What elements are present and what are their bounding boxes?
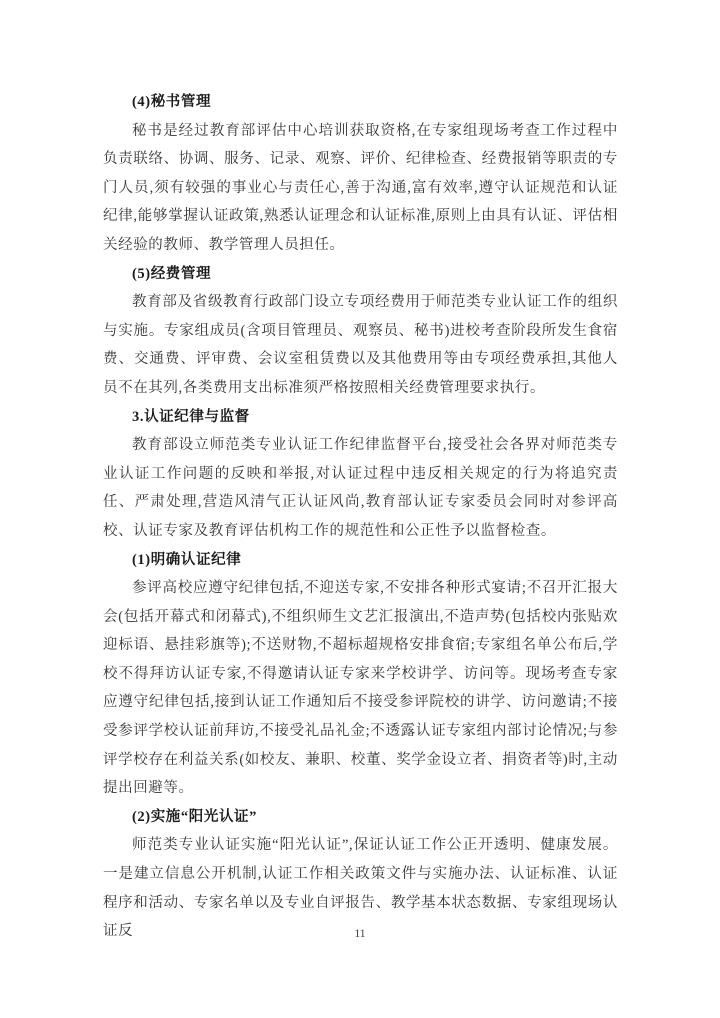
body-paragraph: 教育部设立师范类专业认证工作纪律监督平台,接受社会各界对师范类专业认证工作问题的… bbox=[103, 431, 618, 545]
section-heading: (1)明确认证纪律 bbox=[103, 546, 618, 575]
page-number: 11 bbox=[0, 928, 720, 940]
body-paragraph: 秘书是经过教育部评估中心培训获取资格,在专家组现场考查工作过程中负责联络、协调、… bbox=[103, 117, 618, 260]
section-heading: (2)实施“阳光认证” bbox=[103, 803, 618, 832]
body-paragraph: 参评高校应遵守纪律包括,不迎送专家,不安排各种形式宴请;不召开汇报大会(包括开幕… bbox=[103, 574, 618, 803]
section-heading: 3.认证纪律与监督 bbox=[103, 403, 618, 432]
body-paragraph: 教育部及省级教育行政部门设立专项经费用于师范类专业认证工作的组织与实施。专家组成… bbox=[103, 288, 618, 402]
document-page: (4)秘书管理秘书是经过教育部评估中心培训获取资格,在专家组现场考查工作过程中负… bbox=[0, 0, 720, 1018]
section-heading: (5)经费管理 bbox=[103, 260, 618, 289]
document-content: (4)秘书管理秘书是经过教育部评估中心培训获取资格,在专家组现场考查工作过程中负… bbox=[103, 88, 618, 946]
section-heading: (4)秘书管理 bbox=[103, 88, 618, 117]
